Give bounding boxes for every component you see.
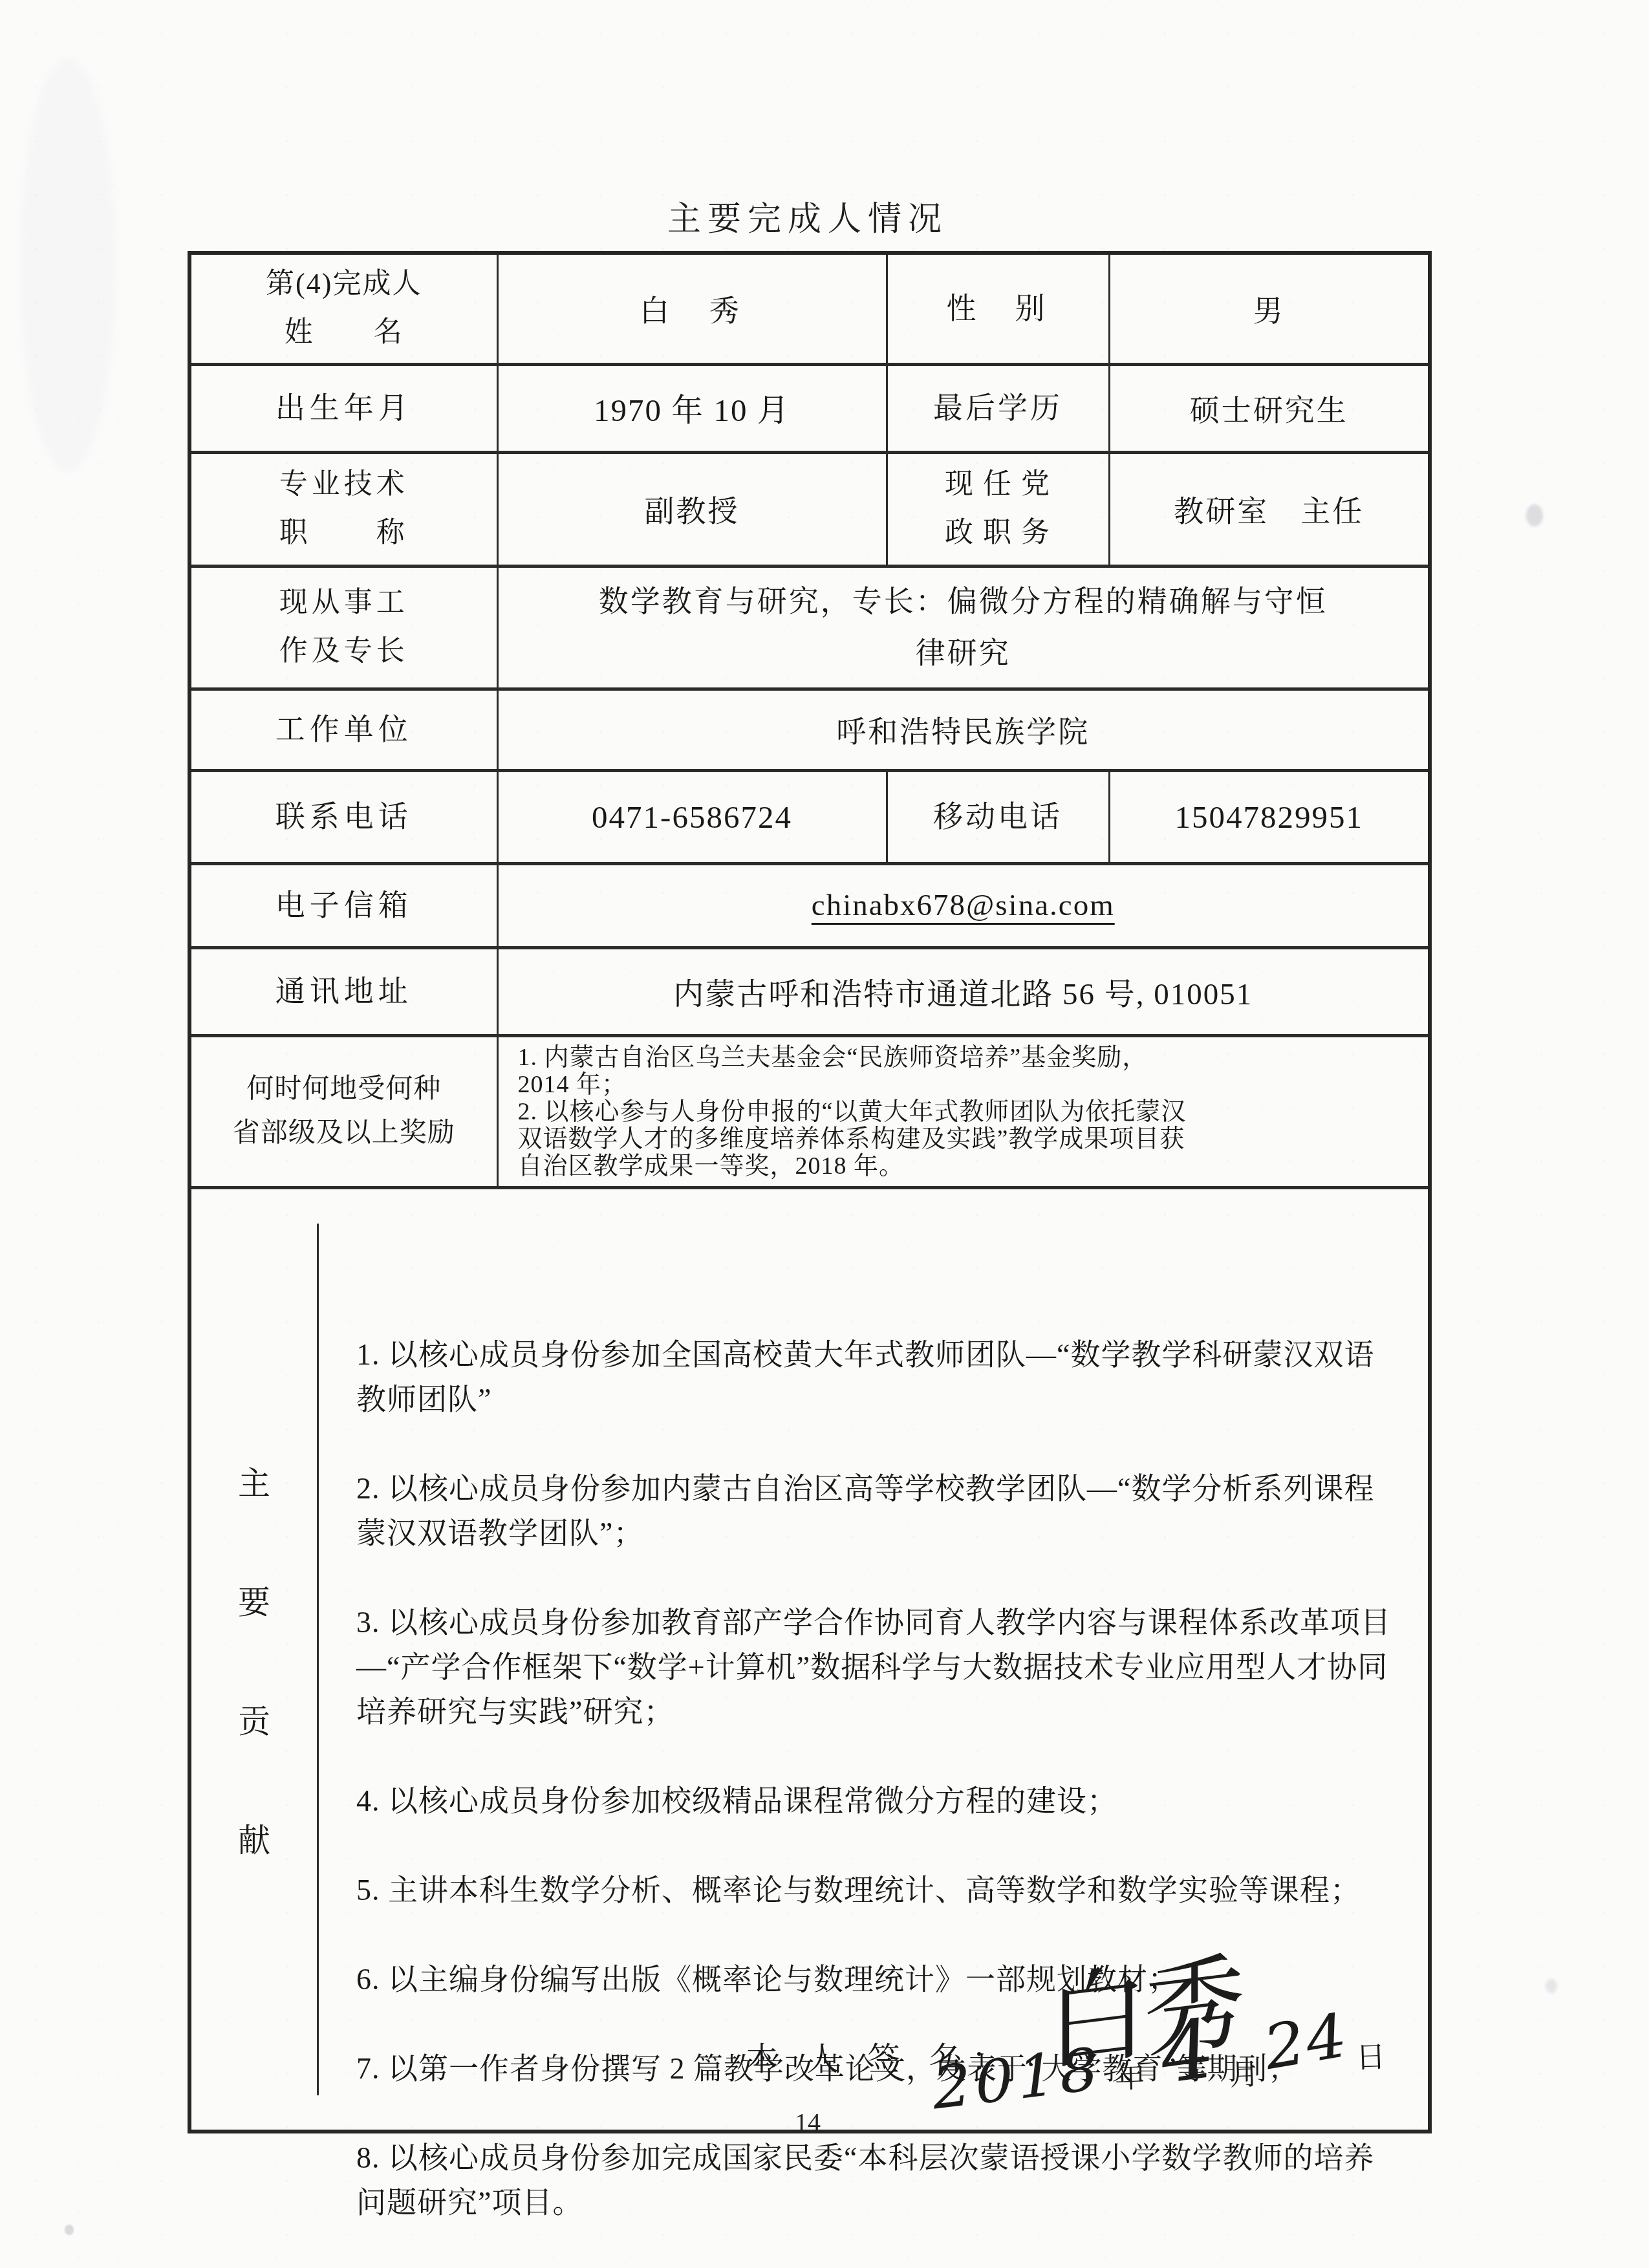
field-label-awards: 何时何地受何种 省部级及以上奖励 xyxy=(189,1035,497,1187)
main-contributions-content: 1. 以核心成员身份参加全国高校黄大年式教师团队—“数学教学科研蒙汉双语教师团队… xyxy=(319,1224,1428,2095)
table-row: 现从事工 作及专长 数学教育与研究，专长：偏微分方程的精确解与守恒 律研究 xyxy=(189,566,1430,689)
table-row: 第(4)完成人 姓 名 白 秀 性 别 男 xyxy=(189,253,1430,364)
contribution-item: 2. 以核心成员身份参加内蒙古自治区高等学校教学团队—“数学分析系列课程蒙汉双语… xyxy=(356,1466,1392,1555)
main-contributions-wrap: 主 要 贡 献 1. 以核心成员身份参加全国高校黄大年式教师团队—“数学教学科研… xyxy=(191,1224,1428,2095)
main-contributor-table: 第(4)完成人 姓 名 白 秀 性 别 男 出生年月 1970 年 10 月 最… xyxy=(188,251,1432,2133)
field-label-professional-title: 专业技术 职 称 xyxy=(189,452,497,566)
field-label-phone: 联系电话 xyxy=(189,770,497,863)
date-year-suffix: 年 xyxy=(1114,2053,1145,2097)
field-value-current-work: 数学教育与研究，专长：偏微分方程的精确解与守恒 律研究 xyxy=(497,566,1430,689)
date-day-suffix: 日 xyxy=(1355,2033,1386,2077)
field-label-completer-name: 第(4)完成人 姓 名 xyxy=(189,253,497,364)
field-label-mailing-address: 通讯地址 xyxy=(189,947,497,1035)
date-day-handwriting: 24 xyxy=(1263,1998,1348,2084)
table-row: 何时何地受何种 省部级及以上奖励 1. 内蒙古自治区乌兰夫基金会“民族师资培养”… xyxy=(189,1035,1430,1187)
page-title: 主要完成人情况 xyxy=(188,191,1428,240)
field-value-employer: 呼和浩特民族学院 xyxy=(497,689,1430,770)
table-row: 通讯地址 内蒙古呼和浩特市通道北路 56 号, 010051 xyxy=(189,947,1430,1035)
field-label-last-degree: 最后学历 xyxy=(887,364,1109,452)
vertical-label-char: 献 xyxy=(238,1815,270,1861)
field-label-current-work: 现从事工 作及专长 xyxy=(189,566,497,689)
vertical-label-char: 要 xyxy=(238,1577,270,1623)
field-value-last-degree: 硕士研究生 xyxy=(1109,364,1430,452)
table-row-main-contributions: 主 要 贡 献 1. 以核心成员身份参加全国高校黄大年式教师团队—“数学教学科研… xyxy=(189,1187,1430,2132)
table-row: 电子信箱 chinabx678@sina.com xyxy=(189,863,1430,947)
contribution-item: 3. 以核心成员身份参加教育部产学合作协同育人教学内容与课程体系改革项目—“产学… xyxy=(356,1600,1392,1734)
scan-artifact xyxy=(1546,1979,1557,1993)
field-value-mailing-address: 内蒙古呼和浩特市通道北路 56 号, 010051 xyxy=(497,947,1430,1035)
table-row: 专业技术 职 称 副教授 现 任 党 政 职 务 教研室 主任 xyxy=(189,452,1430,566)
table-row: 联系电话 0471-6586724 移动电话 15047829951 xyxy=(189,770,1430,863)
table-row: 出生年月 1970 年 10 月 最后学历 硕士研究生 xyxy=(189,364,1430,452)
field-label-party-post: 现 任 党 政 职 务 xyxy=(887,452,1109,566)
field-value-awards: 1. 内蒙古自治区乌兰夫基金会“民族师资培养”基金奖励， 2014 年； 2. … xyxy=(497,1035,1430,1187)
contribution-item: 1. 以核心成员身份参加全国高校黄大年式教师团队—“数学教学科研蒙汉双语教师团队… xyxy=(356,1332,1392,1421)
main-contributions-vertical-label: 主 要 贡 献 xyxy=(191,1224,319,2095)
signature-date-line: 2018年4月24日 xyxy=(932,2005,1388,2117)
field-value-phone: 0471-6586724 xyxy=(497,770,887,863)
field-label-employer: 工作单位 xyxy=(189,689,497,770)
page-number: 14 xyxy=(188,2107,1428,2137)
field-value-mobile: 15047829951 xyxy=(1109,770,1430,863)
contribution-item: 4. 以核心成员身份参加校级精品课程常微分方程的建设； xyxy=(356,1778,1392,1823)
field-value-gender: 男 xyxy=(1109,253,1430,364)
field-label-gender: 性 别 xyxy=(887,253,1109,364)
field-value-birth-date: 1970 年 10 月 xyxy=(497,364,887,452)
email-address: chinabx678@sina.com xyxy=(812,889,1115,922)
main-contributions-cell: 主 要 贡 献 1. 以核心成员身份参加全国高校黄大年式教师团队—“数学教学科研… xyxy=(189,1187,1430,2132)
field-label-birth-date: 出生年月 xyxy=(189,364,497,452)
field-label-mobile: 移动电话 xyxy=(887,770,1109,863)
vertical-label-char: 主 xyxy=(238,1458,270,1504)
scan-artifact xyxy=(1526,504,1543,526)
scan-artifact xyxy=(19,58,116,472)
field-value-professional-title: 副教授 xyxy=(497,452,887,566)
table-row: 工作单位 呼和浩特民族学院 xyxy=(189,689,1430,770)
date-month-suffix: 月 xyxy=(1229,2050,1260,2094)
date-month-handwriting: 4 xyxy=(1159,2000,1216,2104)
scanned-form-page: { "page": { "title": "主要完成人情况", "page_nu… xyxy=(0,0,1649,2268)
contribution-item: 8. 以核心成员身份参加完成国家民委“本科层次蒙语授课小学数学教师的培养问题研究… xyxy=(356,2135,1392,2225)
vertical-label-char: 贡 xyxy=(238,1696,270,1742)
field-value-party-post: 教研室 主任 xyxy=(1109,452,1430,566)
field-value-completer-name: 白 秀 xyxy=(497,253,887,364)
field-label-email: 电子信箱 xyxy=(189,863,497,947)
field-value-email: chinabx678@sina.com xyxy=(497,863,1430,947)
scan-artifact xyxy=(65,2225,74,2235)
contribution-item: 5. 主讲本科生数学分析、概率论与数理统计、高等数学和数学实验等课程； xyxy=(356,1868,1392,1912)
